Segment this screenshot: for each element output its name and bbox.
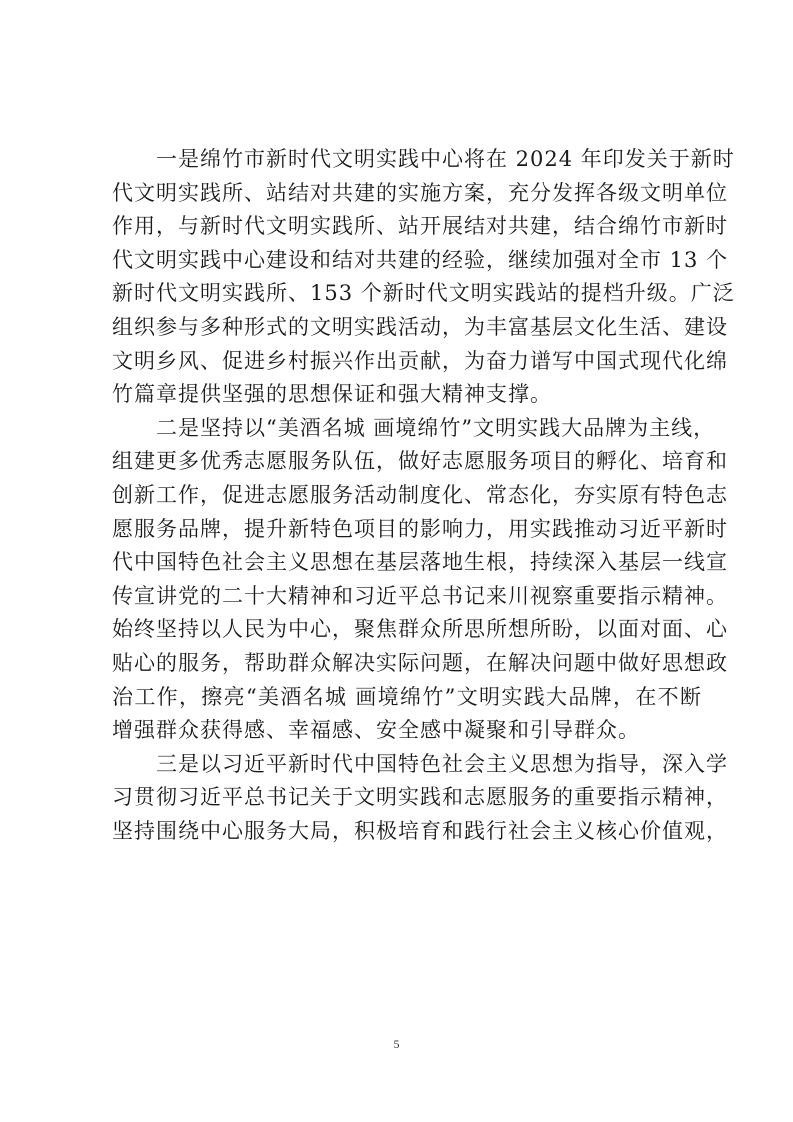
paragraph-3-line-1: 三是以习近平新时代中国特色社会主义思想为指导，深入学 <box>112 748 702 782</box>
paragraph-3-line-2: 习贯彻习近平总书记关于文明实践和志愿服务的重要指示精神， <box>112 781 702 815</box>
paragraph-3-line-3: 坚持围绕中心服务大局，积极培育和践行社会主义核心价值观， <box>112 815 702 849</box>
paragraph-2-line-9: 治工作，擦亮“美酒名城 画境绵竹”文明实践大品牌，在不断 <box>112 681 702 715</box>
paragraph-2-line-6: 传宣讲党的二十大精神和习近平总书记来川视察重要指示精神。 <box>112 580 702 614</box>
paragraph-1-line-1: 一是绵竹市新时代文明实践中心将在 2024 年印发关于新时 <box>112 143 702 177</box>
paragraph-1-line-3: 作用，与新时代文明实践所、站开展结对共建，结合绵竹市新时 <box>112 210 702 244</box>
paragraph-2-line-5: 代中国特色社会主义思想在基层落地生根，持续深入基层一线宣 <box>112 546 702 580</box>
paragraph-1-line-2: 代文明实践所、站结对共建的实施方案，充分发挥各级文明单位 <box>112 177 702 211</box>
paragraph-2-line-2: 组建更多优秀志愿服务队伍，做好志愿服务项目的孵化、培育和 <box>112 445 702 479</box>
paragraph-1-line-5: 新时代文明实践所、153 个新时代文明实践站的提档升级。广泛 <box>112 277 702 311</box>
paragraph-1-line-7: 文明乡风、促进乡村振兴作出贡献，为奋力谱写中国式现代化绵 <box>112 345 702 379</box>
document-page: 一是绵竹市新时代文明实践中心将在 2024 年印发关于新时 代文明实践所、站结对… <box>0 0 793 1122</box>
paragraph-2-line-8: 贴心的服务，帮助群众解决实际问题，在解决问题中做好思想政 <box>112 647 702 681</box>
body-text: 一是绵竹市新时代文明实践中心将在 2024 年印发关于新时 代文明实践所、站结对… <box>112 143 702 848</box>
paragraph-1-line-8: 竹篇章提供坚强的思想保证和强大精神支撑。 <box>112 378 702 412</box>
paragraph-2-line-10: 增强群众获得感、幸福感、安全感中凝聚和引导群众。 <box>112 714 702 748</box>
paragraph-2-line-3: 创新工作，促进志愿服务活动制度化、常态化，夯实原有特色志 <box>112 479 702 513</box>
paragraph-2-line-1: 二是坚持以“美酒名城 画境绵竹”文明实践大品牌为主线， <box>112 412 702 446</box>
paragraph-2-line-4: 愿服务品牌，提升新特色项目的影响力，用实践推动习近平新时 <box>112 513 702 547</box>
paragraph-1-line-4: 代文明实践中心建设和结对共建的经验，继续加强对全市 13 个 <box>112 244 702 278</box>
paragraph-2-line-7: 始终坚持以人民为中心，聚焦群众所思所想所盼，以面对面、心 <box>112 613 702 647</box>
page-number: 5 <box>0 1037 793 1052</box>
paragraph-1-line-6: 组织参与多种形式的文明实践活动，为丰富基层文化生活、建设 <box>112 311 702 345</box>
